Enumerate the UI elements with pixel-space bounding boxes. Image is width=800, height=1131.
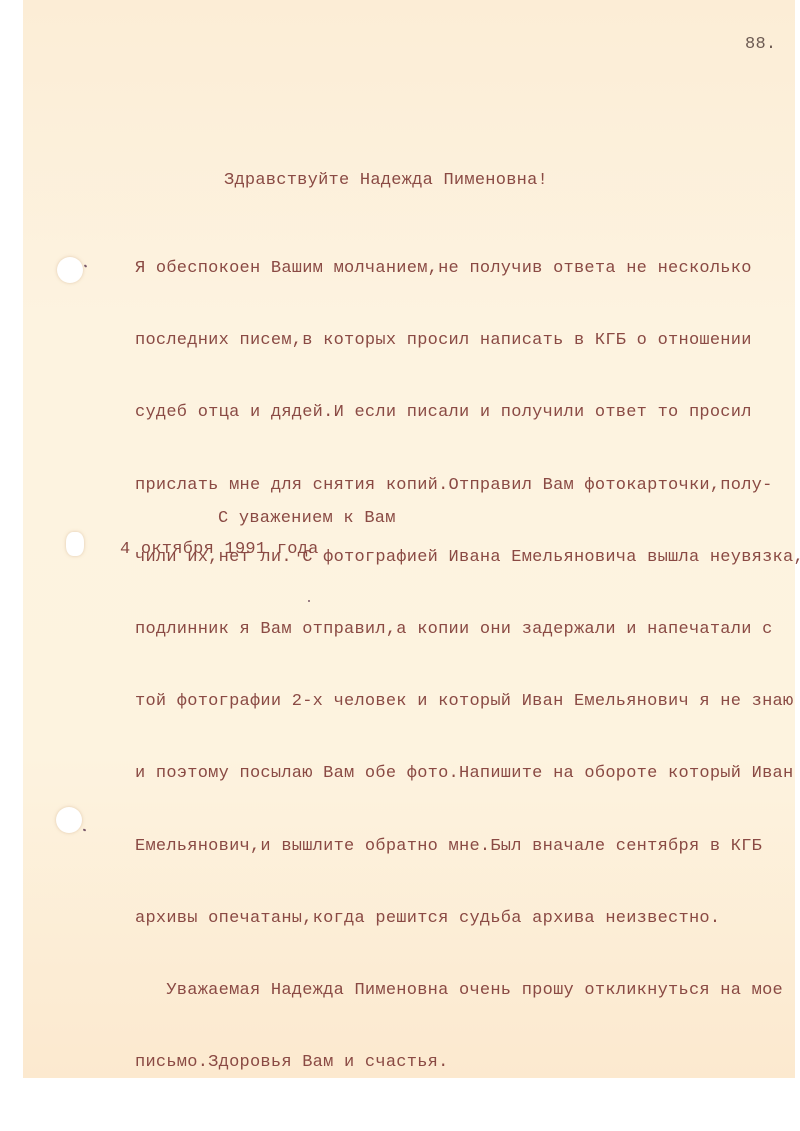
body-line: архивы опечатаны,когда решится судьба ар… xyxy=(135,907,800,931)
punch-hole-bottom xyxy=(56,807,82,833)
body-line: судеб отца и дядей.И если писали и получ… xyxy=(135,401,800,425)
letter-closing: С уважением к Вам xyxy=(218,507,396,531)
body-line: Я обеспокоен Вашим молчанием,не получив … xyxy=(135,257,800,281)
body-line: Уважаемая Надежда Пименовна очень прошу … xyxy=(135,979,800,1003)
body-line: подлинник я Вам отправил,а копии они зад… xyxy=(135,618,800,642)
page-number: 88. xyxy=(745,33,776,57)
ink-speck xyxy=(84,264,88,267)
body-line: и поэтому посылаю Вам обе фото.Напишите … xyxy=(135,762,800,786)
punch-hole-middle xyxy=(66,532,84,556)
letter-greeting: Здравствуйте Надежда Пименовна! xyxy=(224,169,548,193)
body-line: той фотографии 2-х человек и который Ива… xyxy=(135,690,800,714)
body-line: последних писем,в которых просил написат… xyxy=(135,329,800,353)
letter-body: Я обеспокоен Вашим молчанием,не получив … xyxy=(135,209,800,1099)
body-line: прислать мне для снятия копий.Отправил В… xyxy=(135,474,800,498)
ink-speck xyxy=(83,829,87,832)
body-line: письмо.Здоровья Вам и счастья. xyxy=(135,1051,800,1075)
punch-hole-top xyxy=(57,257,83,283)
letter-date: 4 октября 1991 года xyxy=(120,538,319,562)
body-line: Емельянович,и вышлите обратно мне.Был вн… xyxy=(135,835,800,859)
